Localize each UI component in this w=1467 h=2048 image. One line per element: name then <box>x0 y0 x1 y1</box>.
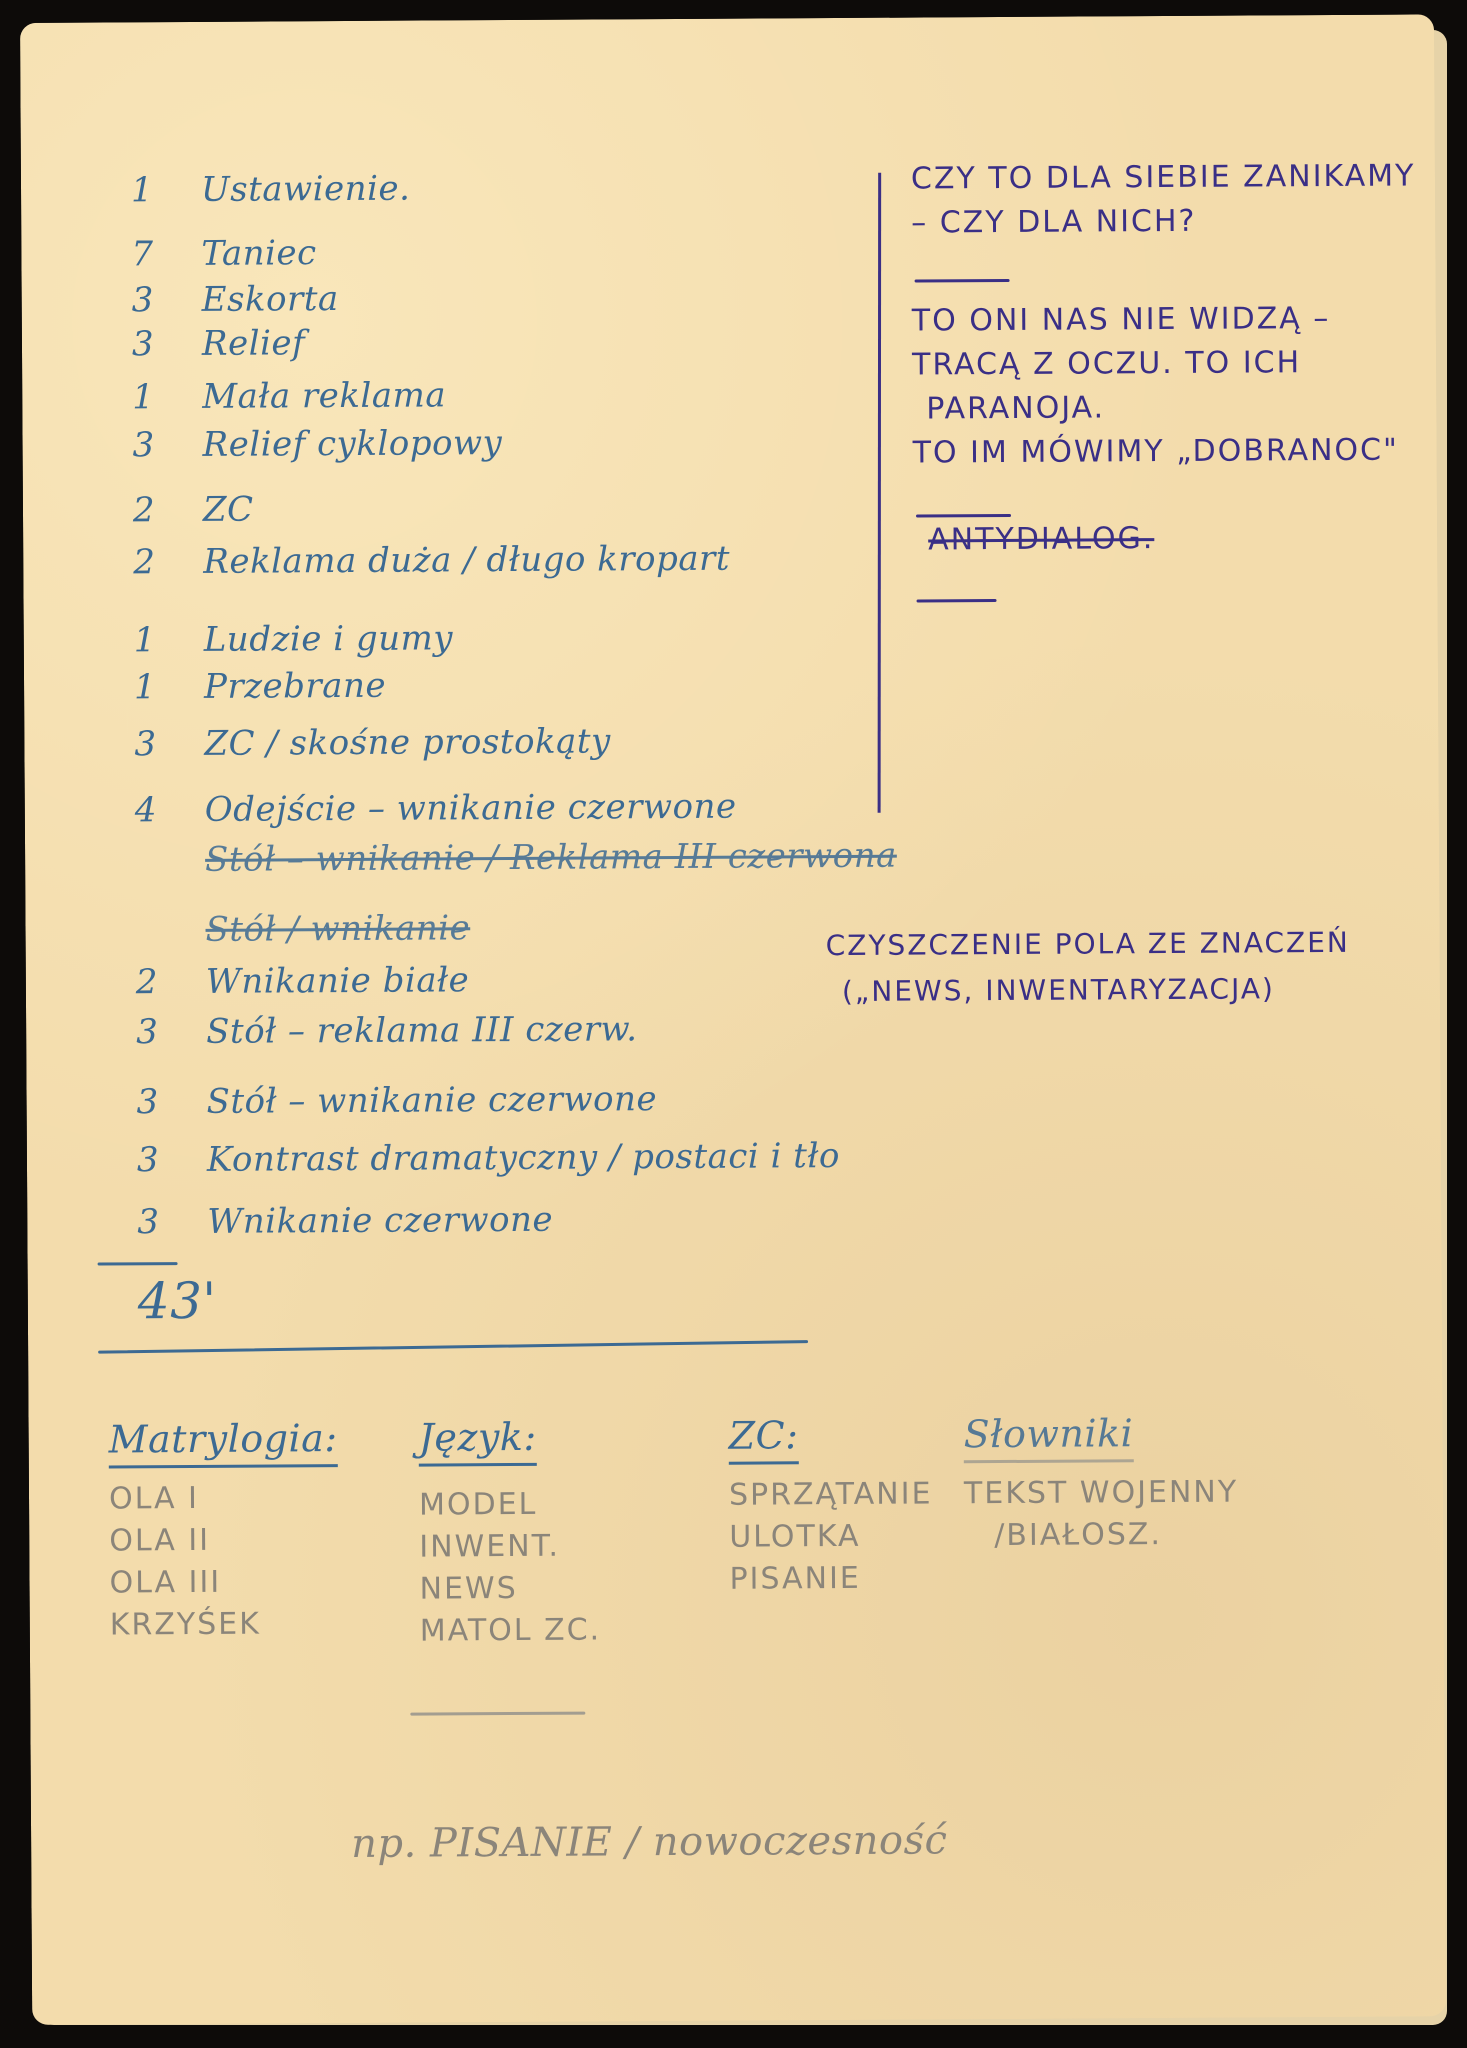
item-count: 3 <box>137 1140 207 1180</box>
note-cleansing: CZYSZCZENIE POLA ZE ZNACZEŃ („NEWS, INWE… <box>826 920 1351 1015</box>
section-item: SPRZĄTANIE <box>729 1473 933 1516</box>
vertical-divider <box>878 173 882 813</box>
section-item: TEKST WOJENNY <box>964 1472 1238 1516</box>
note-rule <box>916 514 1011 518</box>
note-line: TO IM MÓWIMY „DOBRANOC" <box>913 429 1399 476</box>
item-label: Reklama duża / długo kropart <box>203 539 730 582</box>
paper-sheet: 1Ustawienie. 7Taniec 3Eskorta 3Relief 1M… <box>20 14 1446 2025</box>
list-item: 2Wnikanie białe <box>136 960 470 1002</box>
item-count: 3 <box>132 280 202 320</box>
item-count: 7 <box>131 234 201 274</box>
section-item: MATOL ZC. <box>420 1609 602 1652</box>
section-jezyk: Język: MODEL INWENT. NEWS MATOL ZC. <box>419 1414 602 1652</box>
item-label: Stół – wnikanie czerwone <box>206 1079 657 1122</box>
note-line: CZYSZCZENIE POLA ZE ZNACZEŃ <box>826 920 1350 969</box>
section-item: OLA II <box>109 1519 338 1562</box>
list-item: 7Taniec <box>131 233 316 274</box>
item-label: Relief cyklopowy <box>202 423 502 465</box>
item-label: Taniec <box>201 233 316 274</box>
list-item: 3Wnikanie czerwone <box>137 1200 553 1243</box>
list-item: 3Relief cyklopowy <box>132 423 502 465</box>
section-divider <box>98 1340 808 1354</box>
list-item: 3Stół – wnikanie czerwone <box>136 1079 657 1122</box>
list-item: 3ZC / skośne prostokąty <box>134 721 611 764</box>
section-zc: ZC: SPRZĄTANIE ULOTKA PISANIE <box>729 1412 934 1600</box>
item-count: 3 <box>136 1012 206 1052</box>
item-label: Kontrast dramatyczny / postaci i tło <box>207 1136 840 1180</box>
list-item-struck: Stół – wnikanie / Reklama III czerwona <box>135 836 897 881</box>
item-label: Mała reklama <box>202 375 446 416</box>
section-heading: Język: <box>419 1415 537 1467</box>
section-item: NEWS <box>419 1567 601 1610</box>
list-item: 4Odejście – wnikanie czerwone <box>135 787 737 831</box>
total-rule <box>98 1262 178 1265</box>
item-count: 1 <box>132 377 202 417</box>
note-line: („NEWS, INWENTARYZACJA) <box>826 966 1350 1015</box>
item-count: 4 <box>135 790 205 830</box>
item-count: 3 <box>137 1202 207 1242</box>
list-item: 1Przebrane <box>134 666 386 708</box>
item-count: 3 <box>132 324 202 364</box>
item-count: 2 <box>133 490 203 530</box>
list-item: 2Reklama duża / długo kropart <box>133 539 730 583</box>
section-item: KRZYŚEK <box>110 1603 339 1646</box>
item-count: 1 <box>134 667 204 707</box>
footer-note: np. PISANIE / nowoczesność <box>351 1817 948 1867</box>
note-line: – CZY DLA NICH? <box>911 198 1416 245</box>
section-matrylogia: Matrylogia: OLA I OLA II OLA III KRZYŚEK <box>109 1416 339 1646</box>
section-item: MODEL <box>419 1483 601 1526</box>
note-line: TRACĄ Z OCZU. TO ICH <box>912 341 1398 388</box>
note-question: CZY TO DLA SIEBIE ZANIKAMY – CZY DLA NIC… <box>911 154 1416 245</box>
item-label: Ustawienie. <box>201 169 411 210</box>
list-item: 1Mała reklama <box>132 375 446 417</box>
list-item: 1Ustawienie. <box>131 169 411 211</box>
note-line: TO ONI NAS NIE WIDZĄ – <box>912 297 1398 344</box>
item-count: 3 <box>136 1082 206 1122</box>
section-item: INWENT. <box>419 1525 601 1568</box>
note-line: PARANOJA. <box>912 385 1398 432</box>
note-rule <box>915 279 1010 283</box>
section-heading: ZC: <box>729 1413 799 1464</box>
item-count: 3 <box>132 425 202 465</box>
item-label: Stół – wnikanie / Reklama III czerwona <box>205 836 897 880</box>
item-label: ZC / skośne prostokąty <box>204 721 611 763</box>
section-item: OLA I <box>109 1477 338 1520</box>
scene-list: 1Ustawienie. 7Taniec 3Eskorta 3Relief 1M… <box>20 14 1434 23</box>
list-item: 3Kontrast dramatyczny / postaci i tło <box>137 1136 840 1180</box>
section-item: /BIAŁOSZ. <box>964 1514 1238 1558</box>
item-count: 2 <box>136 962 206 1002</box>
section-item: PISANIE <box>729 1557 933 1600</box>
item-count: 2 <box>133 542 203 582</box>
list-item: 3Relief <box>132 323 305 364</box>
note-line: CZY TO DLA SIEBIE ZANIKAMY <box>911 154 1416 201</box>
pencil-rule <box>410 1712 585 1716</box>
list-item-struck: Stół / wnikanie <box>135 908 470 950</box>
item-label: Eskorta <box>202 279 339 320</box>
section-heading: Słowniki <box>964 1411 1134 1463</box>
list-item: 1Ludzie i gumy <box>134 618 453 660</box>
item-label: Relief <box>202 323 305 364</box>
item-count: 1 <box>134 620 204 660</box>
list-item: 3Eskorta <box>132 279 339 320</box>
note-rule <box>917 599 997 602</box>
item-count: 1 <box>131 170 201 210</box>
note-line: ANTYDIALOG. <box>928 521 1154 557</box>
section-item: OLA III <box>109 1561 338 1604</box>
list-item: 3Stół – reklama III czerw. <box>136 1009 638 1052</box>
section-item: ULOTKA <box>729 1515 933 1558</box>
item-label: Wnikanie białe <box>206 960 470 1002</box>
section-slowniki: Słowniki TEKST WOJENNY /BIAŁOSZ. <box>964 1411 1239 1558</box>
total-duration: 43' <box>138 1272 217 1330</box>
item-label: Stół / wnikanie <box>205 908 470 950</box>
note-paranoia: TO ONI NAS NIE WIDZĄ – TRACĄ Z OCZU. TO … <box>912 297 1399 476</box>
item-label: Ludzie i gumy <box>204 618 453 660</box>
list-item: 2ZC <box>133 490 254 531</box>
item-label: Wnikanie czerwone <box>207 1200 553 1242</box>
item-label: Odejście – wnikanie czerwone <box>205 787 737 830</box>
note-antydialog: ANTYDIALOG. <box>928 521 1154 557</box>
item-label: Przebrane <box>204 666 386 707</box>
item-label: ZC <box>203 490 254 530</box>
item-count: 3 <box>134 724 204 764</box>
section-heading: Matrylogia: <box>109 1416 338 1468</box>
item-label: Stół – reklama III czerw. <box>206 1009 638 1052</box>
